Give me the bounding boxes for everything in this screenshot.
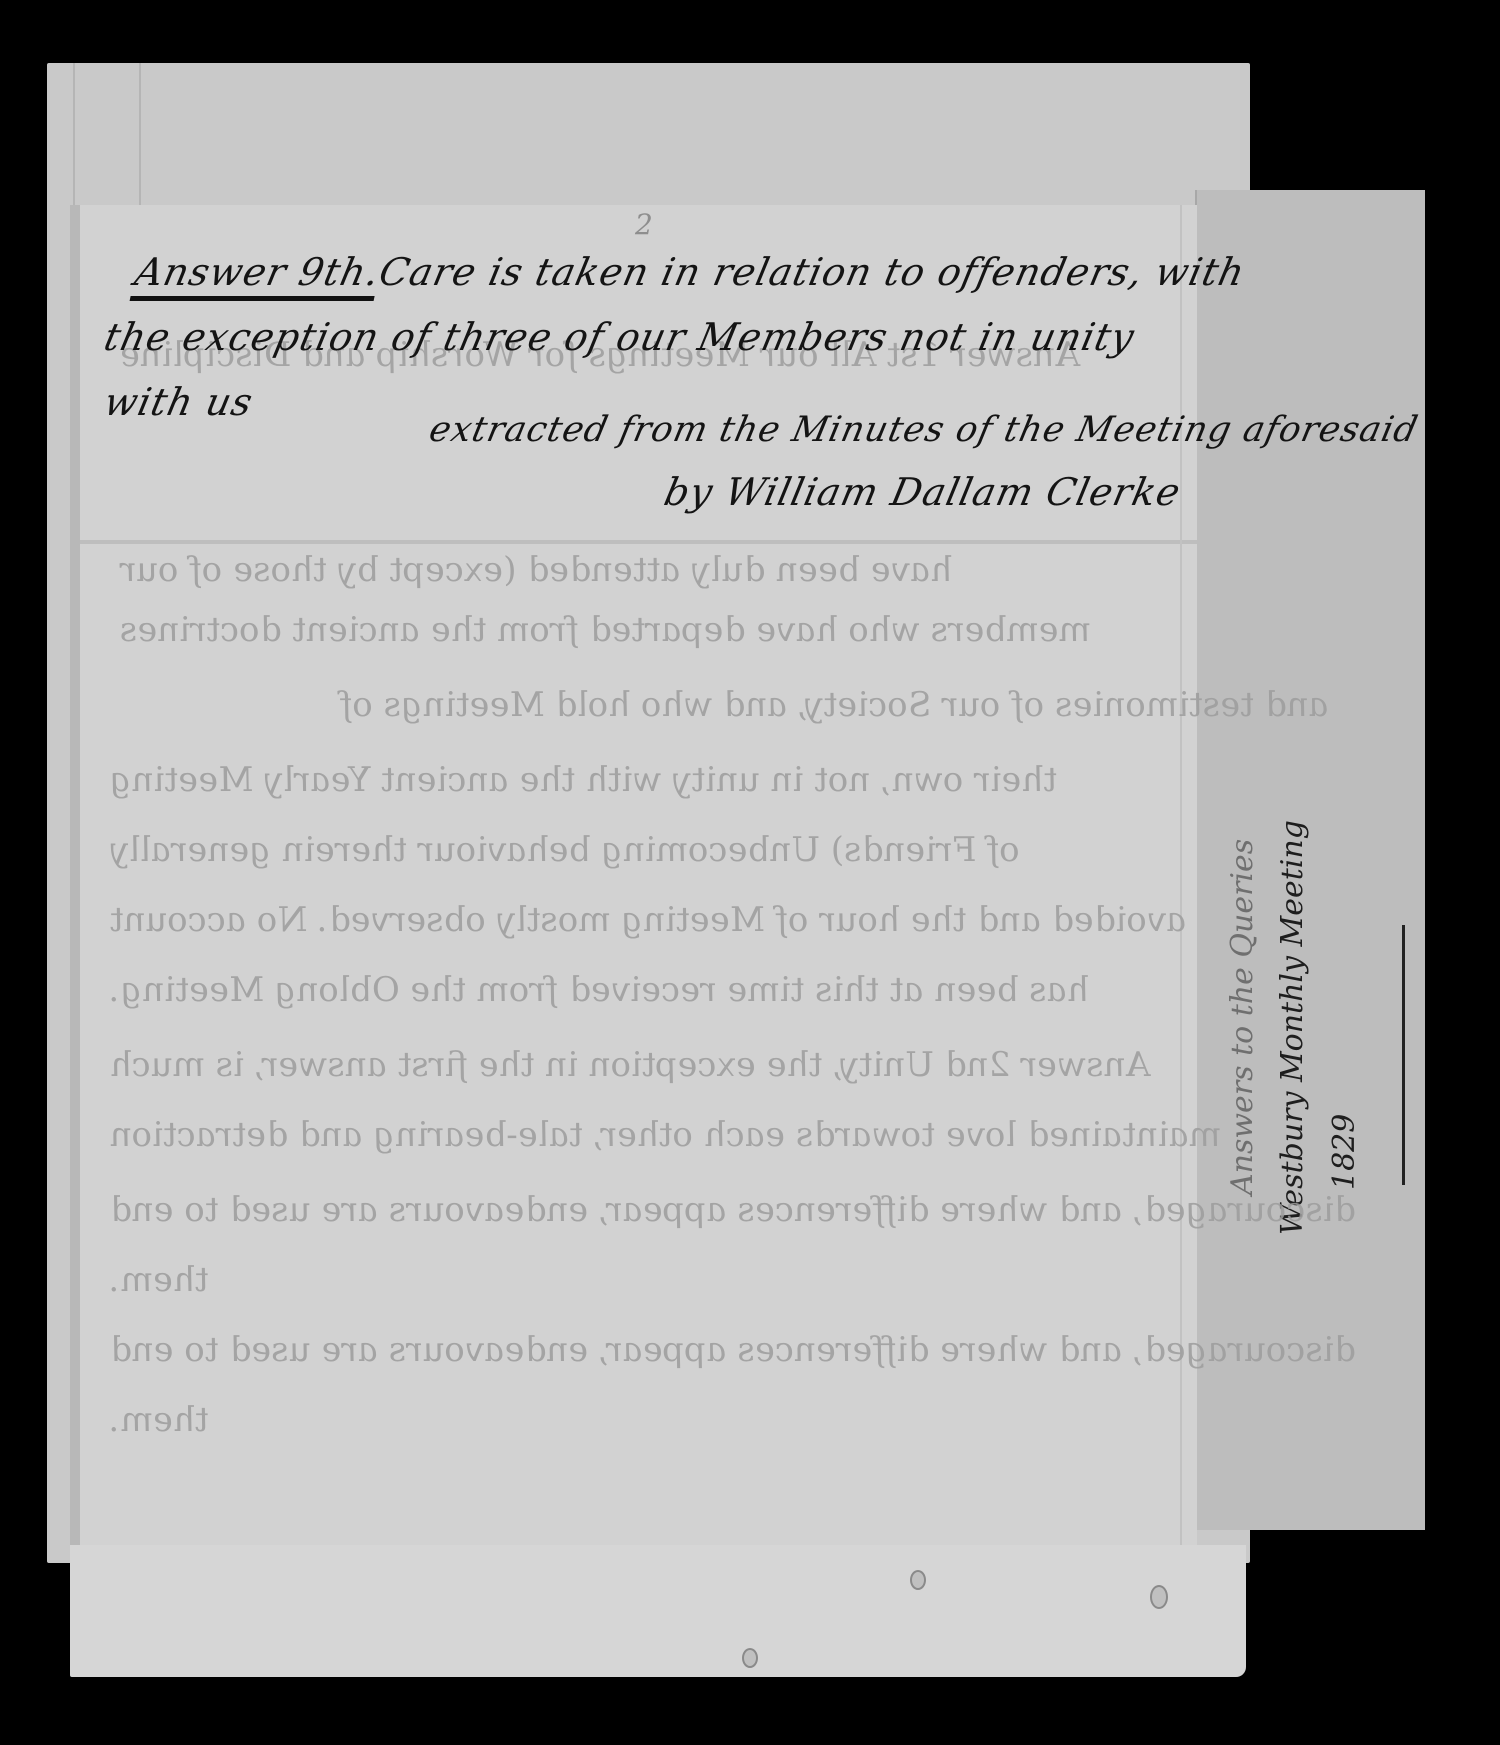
paper-hole <box>742 1648 758 1668</box>
answer-heading: Answer 9th. <box>130 250 385 301</box>
paper-hole <box>910 1570 926 1590</box>
bleed-line: their own, not in unity with the ancient… <box>106 760 1060 800</box>
paper-hole <box>1150 1585 1168 1609</box>
bleed-line: discouraged, and where differences appea… <box>106 1190 1359 1230</box>
bleed-line: them. <box>106 1260 212 1300</box>
attestation-line-1: extracted from the Minutes of the Meetin… <box>426 410 1422 450</box>
bleed-line: avoided and the hour of Meeting mostly o… <box>106 900 1190 940</box>
bleed-line: has been at this time received from the … <box>106 970 1092 1010</box>
bleed-line: maintained love towards each other, tale… <box>106 1115 1224 1155</box>
answer-line-2: the exception of three of our Members no… <box>100 315 1138 359</box>
answer-line-3: with us <box>100 380 257 424</box>
answer-line-1: Care is taken in relation to offenders, … <box>375 250 1249 294</box>
bleed-line: them. <box>106 1400 212 1440</box>
bleed-line: have been duly attended (except by those… <box>116 550 955 590</box>
bleed-line: members who have departed from the ancie… <box>116 610 1094 650</box>
attestation-signature: by William Dallam Clerke <box>660 470 1185 514</box>
docket-panel: Answers to the Queries Westbury Monthly … <box>1195 190 1425 1530</box>
docket-line-3: 1829 <box>1327 1114 1362 1190</box>
docket-bracket <box>1402 925 1405 1185</box>
fold-line <box>80 540 1197 544</box>
docket-line-2: Westbury Monthly Meeting <box>1275 820 1310 1235</box>
bottom-flap <box>70 1545 1246 1677</box>
bleed-line: Answer 2nd Unity, the exception in the f… <box>106 1045 1153 1085</box>
bleed-line: and testimonies of our Society, and who … <box>336 685 1332 725</box>
bleed-line: of Friends) Unbecoming behaviour therein… <box>106 830 1023 870</box>
bleed-line: discouraged, and where differences appea… <box>106 1330 1359 1370</box>
front-sheet: 2 Answer 1st All our Meetings for Worshi… <box>70 205 1197 1545</box>
page-number: 2 <box>635 208 653 241</box>
docket-line-1: Answers to the Queries <box>1225 839 1260 1195</box>
